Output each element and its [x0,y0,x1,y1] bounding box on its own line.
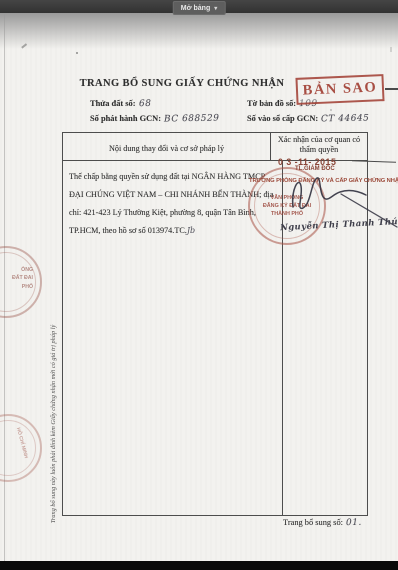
scan-speck [76,52,78,54]
parcel-number-label: Thửa đất số: [90,99,136,108]
map-sheet-label: Tờ bản đồ số: [247,99,296,108]
gcn-registry-value: CT 44645 [321,114,370,125]
change-entry-text: Thế chấp bằng quyền sử dụng đất tại NGÂN… [69,172,273,235]
gcn-issue-field: Số phát hành GCN:BC 688529 [90,114,219,124]
change-entry-paraph: Jb [187,226,195,235]
gcn-registry-label: Số vào sổ cấp GCN: [247,114,318,123]
left-edge-seal-upper-text: ÒNG ĐẤT ĐAI PHỐ [12,266,33,291]
left-seal-fragment-1: ÒNG [21,267,33,273]
copy-stamp: BẢN SAO [295,74,384,105]
viewer-bottom-bar [0,561,398,570]
gcn-registry-field: Số vào sổ cấp GCN:CT 44645 [247,114,370,124]
margin-dash [385,88,398,90]
gcn-issue-label: Số phát hành GCN: [90,114,161,123]
left-edge-seal-lower-text: HỒ CHÍ MINH [15,427,29,459]
page-top-shadow [0,13,398,49]
gcn-issue-value: BC 688529 [164,114,220,125]
parcel-number-field: Thửa đất số:68 [90,99,151,109]
column-header-content: Nội dung thay đổi và cơ sở pháp lý [63,133,271,160]
parcel-number-value: 68 [138,99,151,109]
left-seal-fragment-2: ĐẤT ĐAI [12,275,33,281]
column-header-confirmation-line1: Xác nhận của cơ quan có [278,135,360,144]
left-seal-fragment-3: PHỐ [22,284,33,290]
open-table-button-label: Mở bảng [181,5,210,12]
open-table-button[interactable]: Mở bảng ▾ [173,1,226,15]
supplement-page-label: Trang bổ sung số: [283,518,343,527]
page-title: TRANG BỔ SUNG GIẤY CHỨNG NHẬN [62,78,302,89]
supplement-page-number: Trang bổ sung số:01. [283,518,362,528]
supplement-page-value: 01. [346,518,362,528]
viewer-toolbar: Mở bảng ▾ [0,0,398,13]
column-header-confirmation: Xác nhận của cơ quan có thẩm quyền [271,133,367,160]
copy-stamp-label: BẢN SAO [302,79,377,99]
scan-speck [330,109,332,111]
column-header-confirmation-line2: thẩm quyền [300,145,338,154]
chevron-down-icon: ▾ [214,5,217,12]
side-legal-note: Trang bổ sung này luôn phải đính kèm Giấ… [50,308,60,540]
